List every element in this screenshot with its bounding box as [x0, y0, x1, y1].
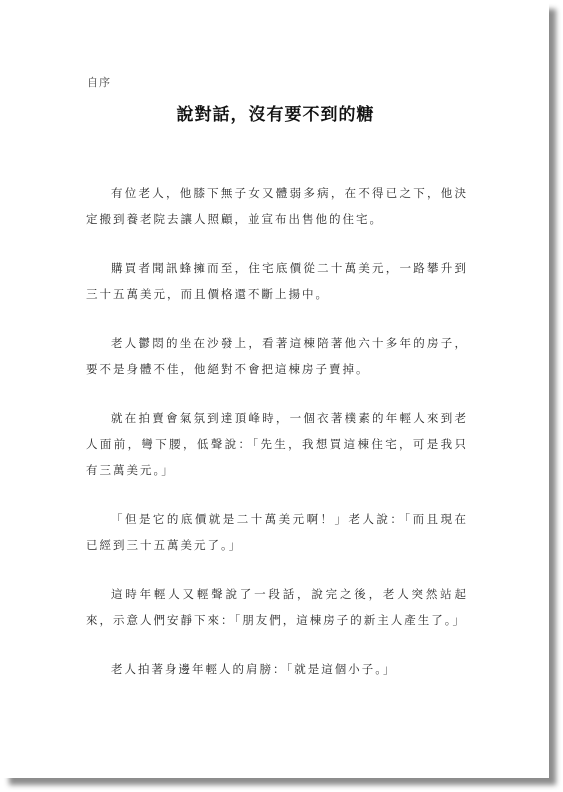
- paragraph: 老人鬱悶的坐在沙發上，看著這棟陪著他六十多年的房子，要不是身體不佳，他絕對不會把…: [86, 330, 468, 382]
- paragraph: 就在拍賣會氣氛到達頂峰時，一個衣著樸素的年輕人來到老人面前，彎下腰，低聲說：「先…: [86, 405, 468, 483]
- section-label: 自序: [87, 74, 111, 90]
- paragraph: 「但是它的底價就是二十萬美元啊！」老人說：「而且現在已經到三十五萬美元了。」: [86, 506, 468, 558]
- paragraph: 購買者聞訊蜂擁而至，住宅底價從二十萬美元，一路攀升到三十五萬美元，而且價格還不斷…: [86, 255, 468, 307]
- chapter-title: 說對話，沒有要不到的糖: [2, 100, 549, 125]
- document-body: 有位老人，他膝下無子女又體弱多病，在不得已之下，他決定搬到養老院去讓人照顧，並宣…: [86, 180, 468, 705]
- paragraph: 這時年輕人又輕聲說了一段話，說完之後，老人突然站起來，示意人們安靜下來：「朋友們…: [86, 581, 468, 633]
- paragraph: 老人拍著身邊年輕人的肩膀：「就是這個小子。」: [86, 656, 468, 682]
- paragraph: 有位老人，他膝下無子女又體弱多病，在不得已之下，他決定搬到養老院去讓人照顧，並宣…: [86, 180, 468, 232]
- document-page: 自序 說對話，沒有要不到的糖 有位老人，他膝下無子女又體弱多病，在不得已之下，他…: [2, 2, 549, 778]
